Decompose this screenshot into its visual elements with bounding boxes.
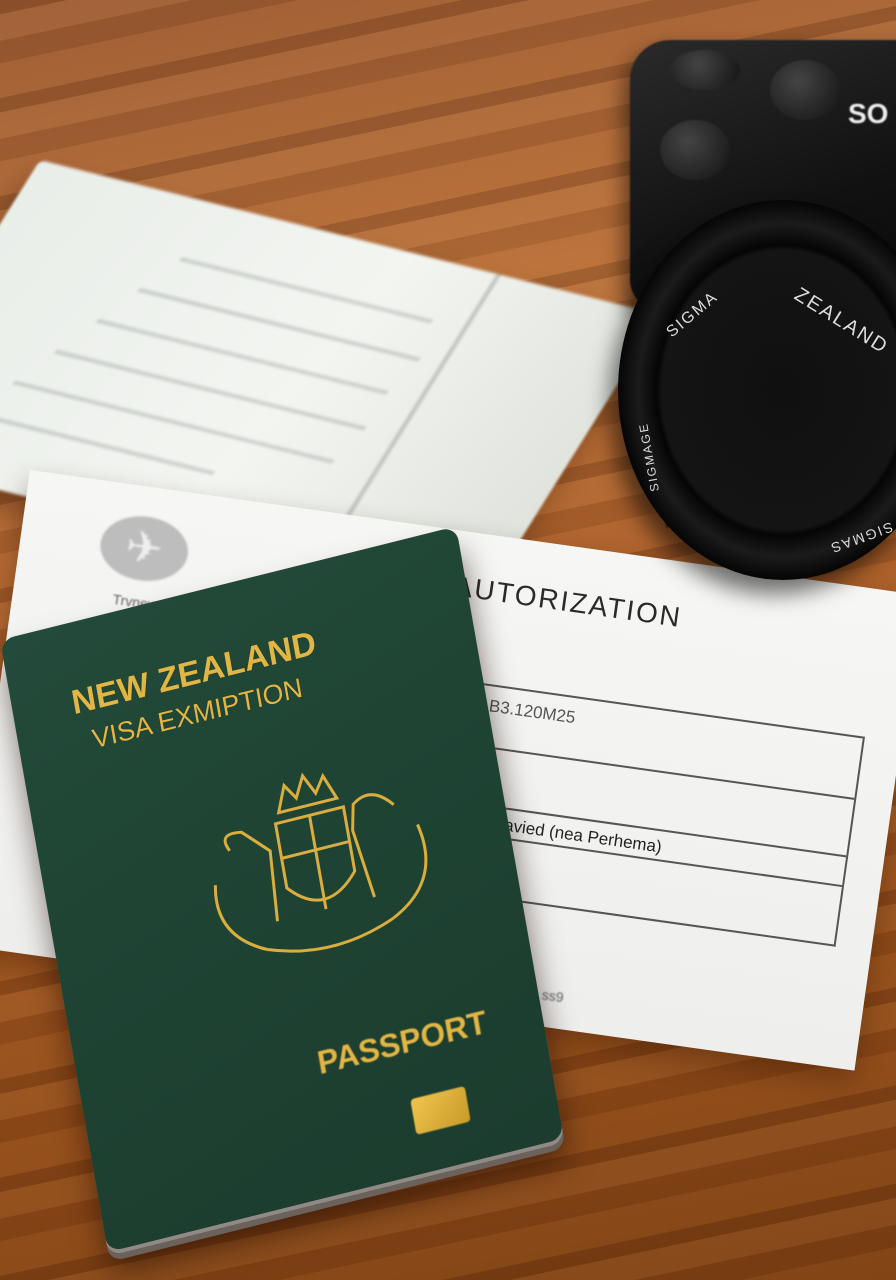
lens-text-sigma: SIGMA: [663, 288, 722, 341]
airplane-icon: ✈: [96, 511, 192, 587]
mode-dial: [770, 60, 840, 120]
lens-text-left: SIGMAGE: [636, 421, 662, 492]
camera-brand: SO: [848, 98, 888, 130]
photo-scene: ✈ Trvnew Drivnd Pannng the Fehi TRAVEL A…: [0, 0, 896, 1280]
camera-dial: [670, 50, 740, 90]
coat-of-arms-icon: [180, 741, 456, 989]
doc-footer-mark: ss9: [541, 986, 565, 1005]
passport-label: PASSPORT: [315, 1004, 490, 1083]
lens-text-zealand: ZEALAND: [790, 284, 892, 360]
control-dial: [660, 120, 730, 180]
biometric-chip-icon: [410, 1086, 471, 1135]
lens-text-bottom: SIGMAS: [827, 519, 895, 557]
